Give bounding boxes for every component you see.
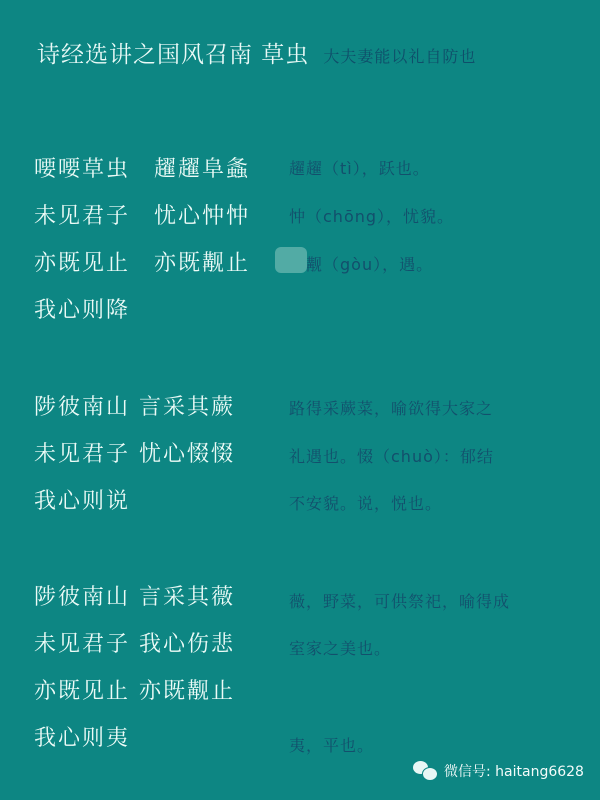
page-subtitle: 大夫妻能以礼自防也 xyxy=(323,44,476,67)
annotation-line: 路得采蕨菜，喻欲得大家之 xyxy=(289,396,493,419)
verse-line: 未见君子 忧心忡忡 xyxy=(34,199,250,230)
verse-line: 未见君子 忧心惙惙 xyxy=(34,437,235,468)
annotation-line: 室家之美也。 xyxy=(289,636,391,659)
wechat-watermark: 微信号: haitang6628 xyxy=(413,761,584,781)
verse-line: 亦既见止 亦既觏止 xyxy=(34,246,250,277)
annotation-line: 夷，平也。 xyxy=(289,733,374,756)
annotation-line: 薇，野菜，可供祭祀，喻得成 xyxy=(289,589,510,612)
blurred-mark xyxy=(275,247,307,273)
verse-line: 我心则说 xyxy=(34,484,130,515)
verse-line: 亦既见止 亦既觏止 xyxy=(34,674,235,705)
header: 诗经选讲之国风召南 草虫 大夫妻能以礼自防也 xyxy=(37,36,476,69)
annotation-line: 忡（chōng），忧貌。 xyxy=(289,204,454,227)
verse-line: 我心则降 xyxy=(34,293,130,324)
annotation-line: 不安貌。说，悦也。 xyxy=(289,491,442,514)
verse-line: 未见君子 我心伤悲 xyxy=(34,627,235,658)
annotation-line: 礼遇也。惙（chuò）：郁结 xyxy=(289,444,494,467)
verse-line: 喓喓草虫 趯趯阜螽 xyxy=(34,152,250,183)
verse-line: 我心则夷 xyxy=(34,721,130,752)
wechat-icon xyxy=(413,761,437,781)
page-title: 诗经选讲之国风召南 草虫 xyxy=(37,36,309,69)
verse-line: 陟彼南山 言采其薇 xyxy=(34,580,235,611)
verse-line: 陟彼南山 言采其蕨 xyxy=(34,390,235,421)
annotation-line: 趯趯（tì），跃也。 xyxy=(289,156,430,179)
watermark-text: 微信号: haitang6628 xyxy=(444,761,584,781)
annotation-line: 觏（gòu），遇。 xyxy=(289,252,433,275)
